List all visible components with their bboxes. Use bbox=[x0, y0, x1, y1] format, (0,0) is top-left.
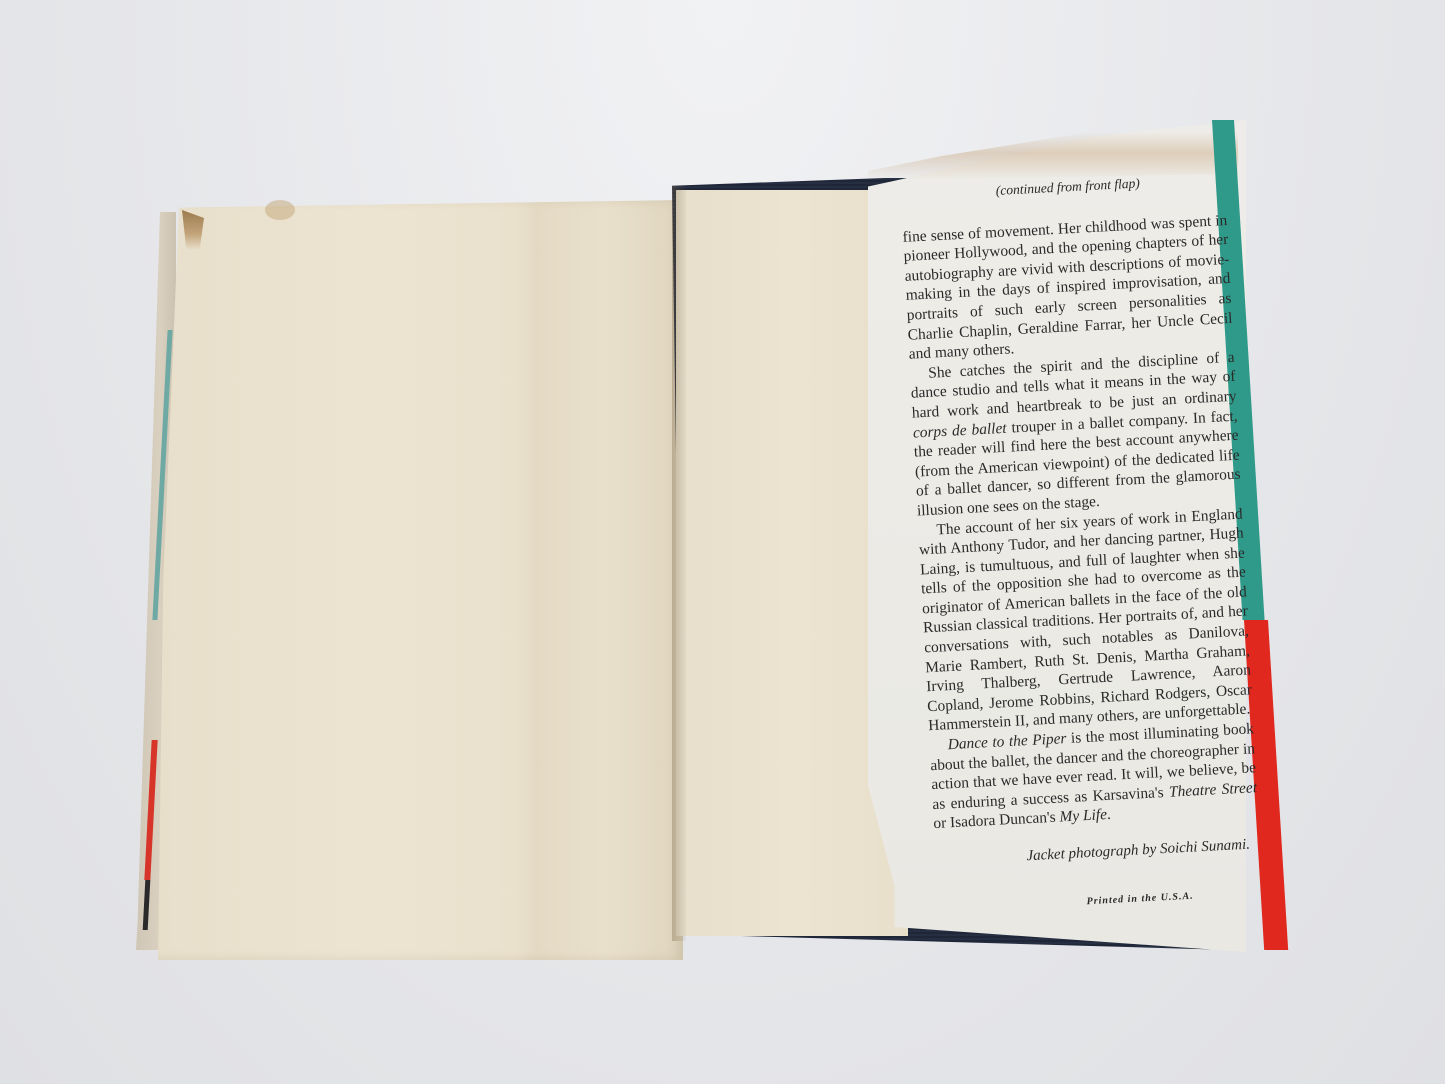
my-life-title: My Life bbox=[1059, 806, 1107, 825]
theatre-street-title: Theatre Street bbox=[1169, 779, 1258, 801]
left-page-stain bbox=[265, 200, 295, 220]
flap-text-block: (continued from front flap) fine sense o… bbox=[900, 169, 1263, 919]
photo-credit: Jacket photograph by Soichi Sunami. bbox=[935, 835, 1261, 872]
p4-text-c: . bbox=[1107, 806, 1112, 823]
flap-paragraph-2: She catches the spirit and the disciplin… bbox=[909, 347, 1242, 521]
left-endpaper bbox=[158, 200, 683, 960]
book-gutter bbox=[672, 186, 686, 941]
p4-text-b: or Isadora Duncan's bbox=[933, 809, 1060, 833]
p2-italic-phrase: corps de ballet bbox=[912, 419, 1006, 441]
flap-paragraph-4: Dance to the Piper is the most illuminat… bbox=[929, 719, 1259, 834]
flap-paragraph-3: The account of her six years of work in … bbox=[918, 504, 1254, 736]
flap-paragraph-1: fine sense of movement. Her childhood wa… bbox=[902, 211, 1234, 365]
